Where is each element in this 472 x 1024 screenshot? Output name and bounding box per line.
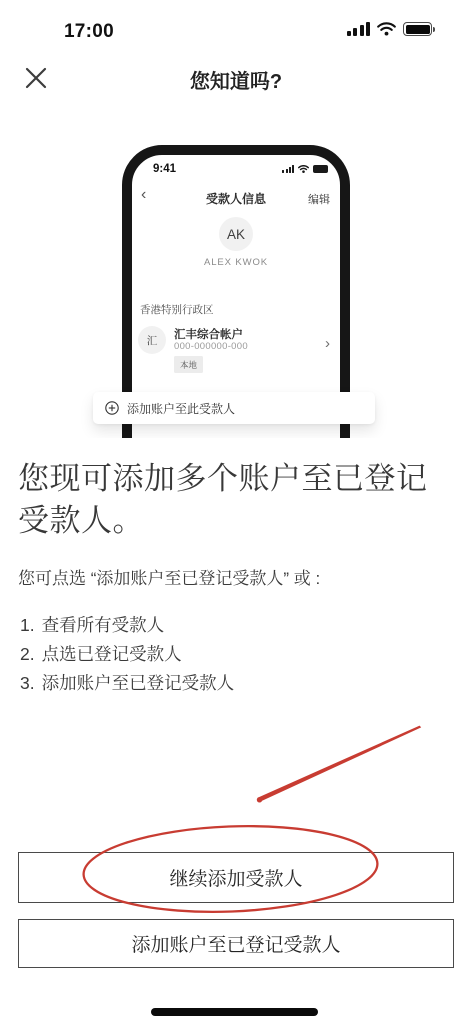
account-number: 000-000000-000 <box>174 341 248 352</box>
list-item: 3. 添加账户至已登记受款人 <box>20 669 234 698</box>
home-indicator <box>151 1008 318 1016</box>
bank-logo-icon: 汇 <box>138 326 166 354</box>
steps-list: 1. 查看所有受款人 2. 点选已登记受款人 3. 添加账户至已登记受款人 <box>20 611 234 698</box>
mock-edit-link: 编辑 <box>308 191 330 207</box>
did-you-know-screen: 17:00 您知道吗? 9:41 <box>0 0 472 1024</box>
main-heading: 您现可添加多个账户至已登记受款人。 <box>18 458 450 542</box>
mock-wifi-icon <box>298 165 309 173</box>
step-label: 点选已登记受款人 <box>42 640 182 669</box>
step-number: 1. <box>20 611 35 640</box>
local-badge: 本地 <box>174 356 203 373</box>
sheet-header: 您知道吗? <box>0 62 472 96</box>
wifi-icon <box>377 22 396 36</box>
clock: 17:00 <box>56 21 122 43</box>
mock-status-icons <box>282 165 328 173</box>
step-number: 2. <box>20 640 35 669</box>
page-title: 您知道吗? <box>0 65 472 94</box>
account-name: 汇丰综合帐户 <box>174 326 243 342</box>
mock-cellular-icon <box>282 165 294 173</box>
account-row: 汇 汇丰综合帐户 000-000000-000 本地 › <box>138 323 332 379</box>
list-item: 1. 查看所有受款人 <box>20 611 234 640</box>
payee-name: ALEX KWOK <box>132 257 340 268</box>
status-bar: 17:00 <box>0 18 472 48</box>
region-label: 香港特别行政区 <box>140 302 214 317</box>
mock-status-bar: 9:41 <box>132 163 340 177</box>
step-label: 添加账户至已登记受款人 <box>42 669 235 698</box>
intro-text: 您可点选 “添加账户至已登记受款人” 或 : <box>18 564 448 589</box>
red-arrow-tip <box>257 797 262 802</box>
red-arrow-line <box>258 726 422 802</box>
mock-nav-bar: ‹ 受款人信息 编辑 <box>132 188 340 206</box>
mock-battery-icon <box>313 165 328 173</box>
cellular-signal-icon <box>347 22 371 36</box>
battery-icon <box>403 22 432 36</box>
plus-circle-icon <box>105 401 119 415</box>
list-item: 2. 点选已登记受款人 <box>20 640 234 669</box>
phone-mockup-illustration: 9:41 ‹ 受款人信息 编辑 <box>0 143 472 438</box>
payee-avatar: AK <box>219 217 253 251</box>
add-account-to-payee-button[interactable]: 添加账户至已登记受款人 <box>18 919 454 968</box>
continue-add-payee-button[interactable]: 继续添加受款人 <box>18 852 454 903</box>
mock-clock: 9:41 <box>153 163 176 175</box>
chevron-right-icon: › <box>325 335 330 352</box>
mock-add-account-bar: 添加账户至此受款人 <box>93 392 375 424</box>
step-number: 3. <box>20 669 35 698</box>
mock-add-account-label: 添加账户至此受款人 <box>127 400 235 417</box>
step-label: 查看所有受款人 <box>42 611 165 640</box>
status-icons <box>347 22 433 36</box>
